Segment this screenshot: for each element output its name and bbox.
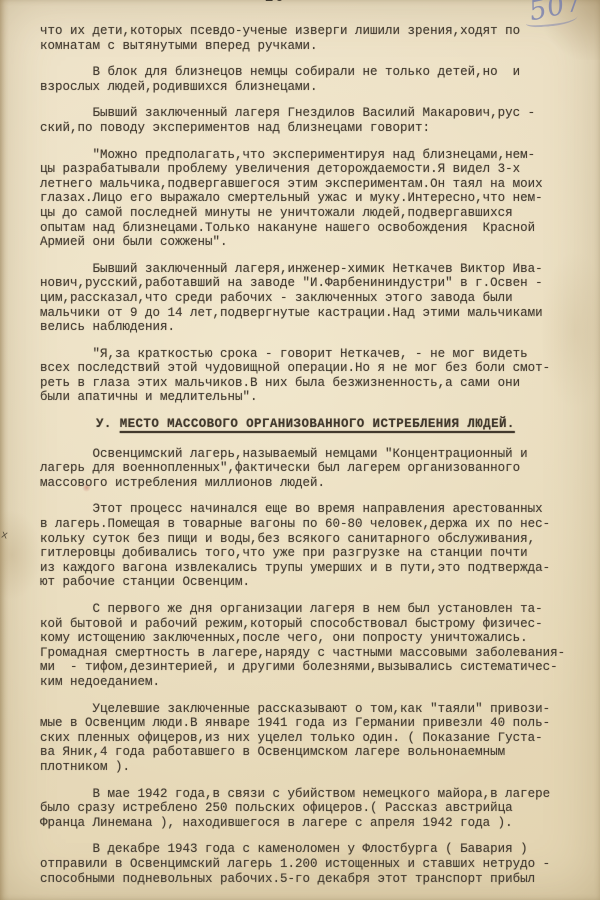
paragraph-quote: "Можно предполагать,что экспериментируя …	[40, 148, 576, 250]
section-number: У.	[96, 417, 120, 431]
paragraph: Бывший заключенный лагеря Гнездилов Васи…	[40, 106, 576, 135]
paragraph: В декабре 1943 года с каменоломен у Флос…	[40, 842, 576, 886]
section-heading: У. МЕСТО МАССОВОГО ОРГАНИЗОВАННОГО ИСТРЕ…	[40, 417, 576, 432]
paragraph: С первого же дня организации лагеря в не…	[40, 602, 576, 690]
paragraph-continuation: что их дети,которых псевдо-ученые изверг…	[40, 24, 576, 53]
section-title: МЕСТО МАССОВОГО ОРГАНИЗОВАННОГО ИСТРЕБЛЕ…	[120, 417, 515, 431]
paragraph: Этот процесс начинался еще во время напр…	[40, 502, 576, 590]
paper-stain	[0, 510, 42, 600]
typewritten-text: что их дети,которых псевдо-ученые изверг…	[40, 24, 576, 898]
page-number: - 10 -	[244, 0, 306, 6]
torn-left-edge	[0, 0, 9, 900]
paragraph: В блок для близнецов немцы собирали не т…	[40, 65, 576, 94]
paragraph: Уцелевшие заключенные рассказывают о том…	[40, 702, 576, 775]
scanned-document-page: - 10 - 507 x что их дети,которых псевдо-…	[0, 0, 600, 900]
margin-mark: x	[0, 529, 9, 542]
paragraph: В мае 1942 года,в связи с убийством неме…	[40, 787, 576, 831]
paragraph: Бывший заключенный лагеря,инженер-химик …	[40, 262, 576, 335]
paragraph-quote: "Я,за краткостью срока - говорит Неткаче…	[40, 347, 576, 405]
paragraph: Освенцимский лагерь,называемый немцами "…	[40, 447, 576, 491]
